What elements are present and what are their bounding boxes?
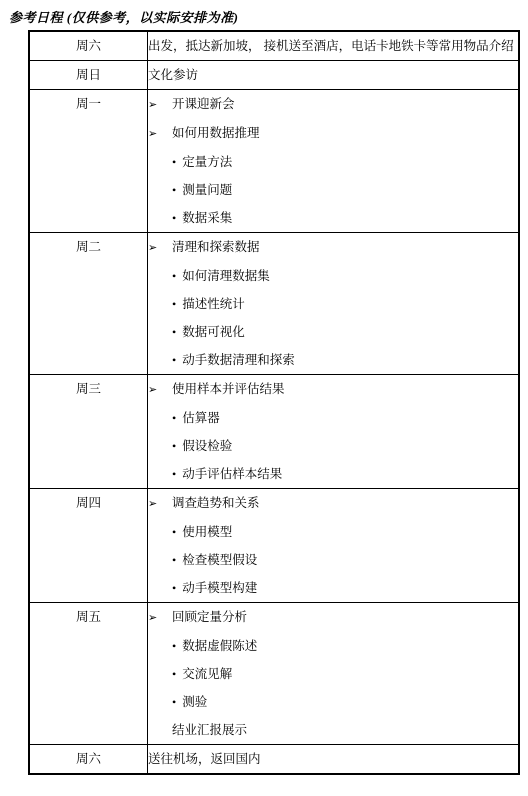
schedule-item: ➢使用样本并评估结果 [148,375,518,404]
item-text: 描述性统计 [182,297,245,311]
item-text: 测验 [182,695,207,709]
dot-bullet-icon: • [172,460,176,488]
item-text: 定量方法 [182,155,232,169]
schedule-item: •假设检验 [148,432,518,460]
schedule-item: ➢如何用数据推理 [148,119,518,148]
day-cell: 周六 [29,745,148,775]
dot-bullet-icon: • [172,290,176,318]
item-text: 出发，抵达新加坡， 接机送至酒店，电话卡地铁卡等常用物品介绍 [148,39,514,53]
activities-cell: ➢调查趋势和关系•使用模型•检查模型假设•动手模型构建 [148,489,520,603]
schedule-item: •检查模型假设 [148,546,518,574]
schedule-item: ➢回顾定量分析 [148,603,518,632]
arrow-bullet-icon: ➢ [148,120,172,148]
activities-cell: 文化参访 [148,61,520,90]
schedule-item: 出发，抵达新加坡， 接机送至酒店，电话卡地铁卡等常用物品介绍 [148,32,518,60]
schedule-table-body: 周六出发，抵达新加坡， 接机送至酒店，电话卡地铁卡等常用物品介绍周日文化参访周一… [29,31,519,774]
dot-bullet-icon: • [172,660,176,688]
schedule-item: •交流见解 [148,660,518,688]
table-row: 周一➢开课迎新会➢如何用数据推理•定量方法•测量问题•数据采集 [29,90,519,233]
schedule-item: •如何清理数据集 [148,262,518,290]
day-cell: 周三 [29,375,148,489]
arrow-bullet-icon: ➢ [148,91,172,119]
dot-bullet-icon: • [172,574,176,602]
activities-cell: ➢使用样本并评估结果•估算器•假设检验•动手评估样本结果 [148,375,520,489]
schedule-item: •测验 [148,688,518,716]
dot-bullet-icon: • [172,632,176,660]
item-text: 数据虚假陈述 [182,639,257,653]
arrow-bullet-icon: ➢ [148,490,172,518]
item-text: 送往机场，返回国内 [148,752,261,766]
item-text: 估算器 [182,411,220,425]
schedule-item: •动手评估样本结果 [148,460,518,488]
activities-cell: 出发，抵达新加坡， 接机送至酒店，电话卡地铁卡等常用物品介绍 [148,31,520,61]
day-cell: 周二 [29,233,148,375]
arrow-bullet-icon: ➢ [148,604,172,632]
dot-bullet-icon: • [172,404,176,432]
day-cell: 周五 [29,603,148,745]
dot-bullet-icon: • [172,546,176,574]
schedule-item: •估算器 [148,404,518,432]
schedule-item: 送往机场，返回国内 [148,745,518,773]
item-text: 使用样本并评估结果 [172,382,285,396]
schedule-item: ➢调查趋势和关系 [148,489,518,518]
item-text: 结业汇报展示 [172,723,247,737]
schedule-item: •数据虚假陈述 [148,632,518,660]
dot-bullet-icon: • [172,432,176,460]
dot-bullet-icon: • [172,148,176,176]
dot-bullet-icon: • [172,688,176,716]
activities-cell: 送往机场，返回国内 [148,745,520,775]
schedule-item: •数据可视化 [148,318,518,346]
item-text: 开课迎新会 [172,97,235,111]
dot-bullet-icon: • [172,262,176,290]
schedule-table: 周六出发，抵达新加坡， 接机送至酒店，电话卡地铁卡等常用物品介绍周日文化参访周一… [28,30,520,775]
schedule-item: ➢开课迎新会 [148,90,518,119]
item-text: 数据可视化 [182,325,245,339]
item-text: 动手模型构建 [182,581,257,595]
dot-bullet-icon: • [172,318,176,346]
item-text: 文化参访 [148,68,198,82]
activities-cell: ➢清理和探索数据•如何清理数据集•描述性统计•数据可视化•动手数据清理和探索 [148,233,520,375]
item-text: 假设检验 [182,439,232,453]
table-row: 周六送往机场，返回国内 [29,745,519,775]
item-text: 检查模型假设 [182,553,257,567]
table-row: 周五➢回顾定量分析•数据虚假陈述•交流见解•测验结业汇报展示 [29,603,519,745]
arrow-bullet-icon: ➢ [148,234,172,262]
item-text: 测量问题 [182,183,232,197]
day-cell: 周六 [29,31,148,61]
schedule-item: •动手数据清理和探索 [148,346,518,374]
table-row: 周三➢使用样本并评估结果•估算器•假设检验•动手评估样本结果 [29,375,519,489]
day-cell: 周四 [29,489,148,603]
table-row: 周二➢清理和探索数据•如何清理数据集•描述性统计•数据可视化•动手数据清理和探索 [29,233,519,375]
schedule-item: 文化参访 [148,61,518,89]
item-text: 调查趋势和关系 [172,496,260,510]
item-text: 清理和探索数据 [172,240,260,254]
table-row: 周六出发，抵达新加坡， 接机送至酒店，电话卡地铁卡等常用物品介绍 [29,31,519,61]
item-text: 动手数据清理和探索 [182,353,295,367]
activities-cell: ➢开课迎新会➢如何用数据推理•定量方法•测量问题•数据采集 [148,90,520,233]
schedule-item: •使用模型 [148,518,518,546]
page-title: 参考日程 (仅供参考，以实际安排为准) [0,0,528,30]
schedule-item: •测量问题 [148,176,518,204]
schedule-item: •数据采集 [148,204,518,232]
day-cell: 周日 [29,61,148,90]
schedule-item: ➢清理和探索数据 [148,233,518,262]
arrow-bullet-icon: ➢ [148,376,172,404]
dot-bullet-icon: • [172,346,176,374]
item-text: 交流见解 [182,667,232,681]
table-row: 周四➢调查趋势和关系•使用模型•检查模型假设•动手模型构建 [29,489,519,603]
item-text: 使用模型 [182,525,232,539]
item-text: 如何清理数据集 [182,269,270,283]
item-text: 动手评估样本结果 [182,467,282,481]
dot-bullet-icon: • [172,176,176,204]
schedule-item: 结业汇报展示 [148,716,518,744]
item-text: 数据采集 [182,211,232,225]
schedule-item: •定量方法 [148,148,518,176]
schedule-item: •描述性统计 [148,290,518,318]
day-cell: 周一 [29,90,148,233]
document-page: 参考日程 (仅供参考，以实际安排为准) 周六出发，抵达新加坡， 接机送至酒店，电… [0,0,528,796]
activities-cell: ➢回顾定量分析•数据虚假陈述•交流见解•测验结业汇报展示 [148,603,520,745]
dot-bullet-icon: • [172,518,176,546]
table-row: 周日文化参访 [29,61,519,90]
dot-bullet-icon: • [172,204,176,232]
schedule-item: •动手模型构建 [148,574,518,602]
item-text: 回顾定量分析 [172,610,247,624]
item-text: 如何用数据推理 [172,126,260,140]
